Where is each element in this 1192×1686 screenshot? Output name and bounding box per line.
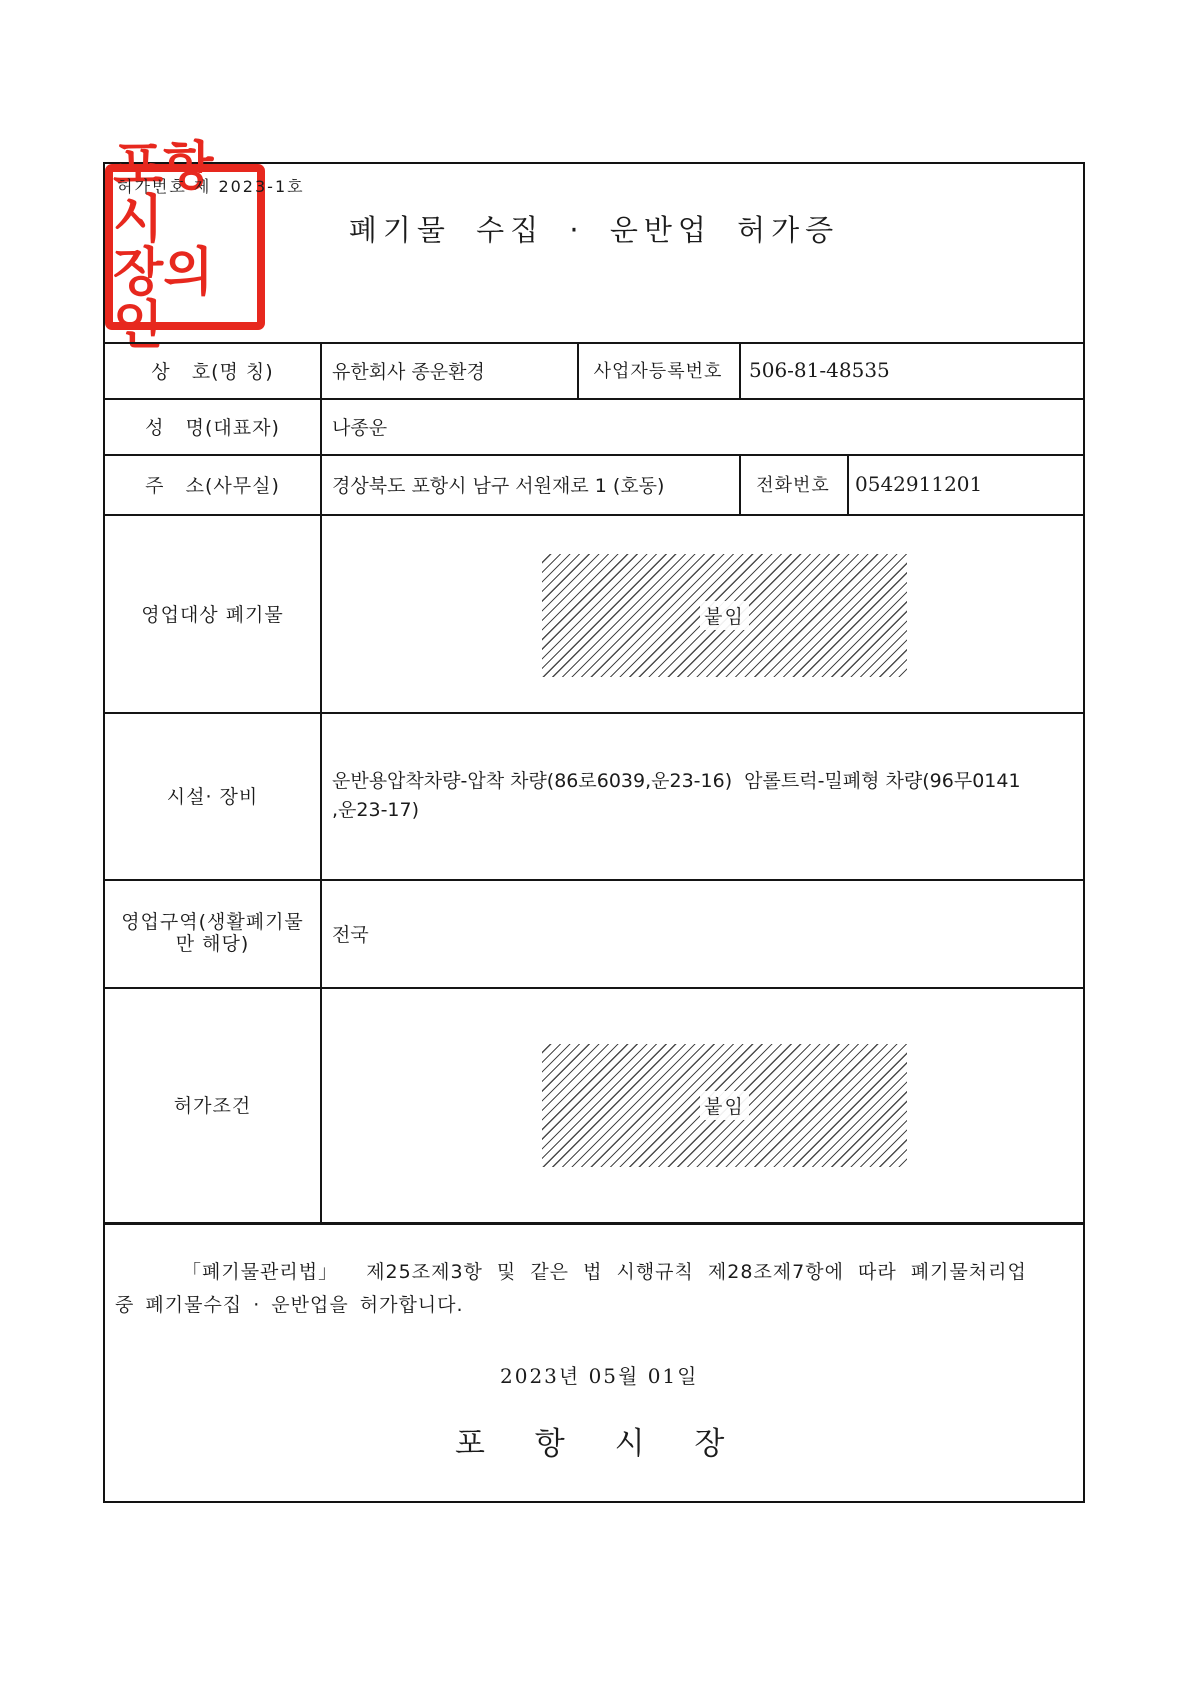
company-label: 상 호(명 칭) <box>105 342 320 398</box>
permit-document-page: 허가번호 제 2023-1호 폐기물 수집 · 운반업 허가증 상 호(명 칭)… <box>0 0 1192 1686</box>
grid-line-r3b <box>847 454 849 514</box>
document-title: 폐기물 수집 · 운반업 허가증 <box>105 208 1083 249</box>
area-label-line2: 만 해당) <box>176 933 250 955</box>
permit-table-frame: 허가번호 제 2023-1호 폐기물 수집 · 운반업 허가증 상 호(명 칭)… <box>103 162 1085 1503</box>
legal-statement-line2: 중 폐기물수집 · 운반업을 허가합니다. <box>115 1290 1015 1317</box>
area-value: 전국 <box>332 879 1072 987</box>
equipment-value-line1: 운반용압착차량-압착 차량(86로6039,운23-16) 암롤트럭-밀폐형 차… <box>332 767 1021 796</box>
legal-statement-line1: 「폐기물관리법」 제25조제3항 및 같은 법 시행규칙 제28조제7항에 따라… <box>182 1257 1082 1284</box>
area-label: 영업구역(생활폐기물 만 해당) <box>105 879 320 987</box>
grid-line-label-col <box>320 342 322 1224</box>
conditions-label: 허가조건 <box>105 987 320 1222</box>
phone-label: 전화번호 <box>739 454 847 514</box>
phone-value: 0542911201 <box>855 454 1080 514</box>
ceo-label: 성 명(대표자) <box>105 398 320 454</box>
address-value: 경상북도 포항시 남구 서원재로 1 (호동) <box>332 454 732 514</box>
target-waste-attachment-text: 붙임 <box>700 601 749 630</box>
biz-reg-value: 506-81-48535 <box>749 342 1079 398</box>
biz-reg-label: 사업자등록번호 <box>577 342 739 398</box>
target-waste-label: 영업대상 폐기물 <box>105 514 320 712</box>
conditions-attachment-text: 붙임 <box>700 1091 749 1120</box>
target-waste-attachment-hatch: 붙임 <box>542 554 907 677</box>
area-label-line1: 영업구역(생활폐기물 <box>121 911 304 933</box>
company-value: 유한회사 종운환경 <box>332 342 572 398</box>
grid-line-r1b <box>739 342 741 398</box>
seal-text-line2: 장의인 <box>113 247 257 353</box>
equipment-value-line2: ,운23-17) <box>332 796 419 825</box>
address-label: 주 소(사무실) <box>105 454 320 514</box>
grid-line-h8 <box>105 1222 1083 1225</box>
equipment-label: 시설· 장비 <box>105 712 320 879</box>
issue-date: 2023년 05월 01일 <box>500 1360 698 1389</box>
issuer-title: 포 항 시 장 <box>455 1418 744 1463</box>
conditions-attachment-hatch: 붙임 <box>542 1044 907 1167</box>
equipment-value: 운반용압착차량-압착 차량(86로6039,운23-16) 암롤트럭-밀폐형 차… <box>332 712 1082 879</box>
ceo-value: 나종운 <box>332 398 1072 454</box>
permit-number: 허가번호 제 2023-1호 <box>117 174 305 197</box>
